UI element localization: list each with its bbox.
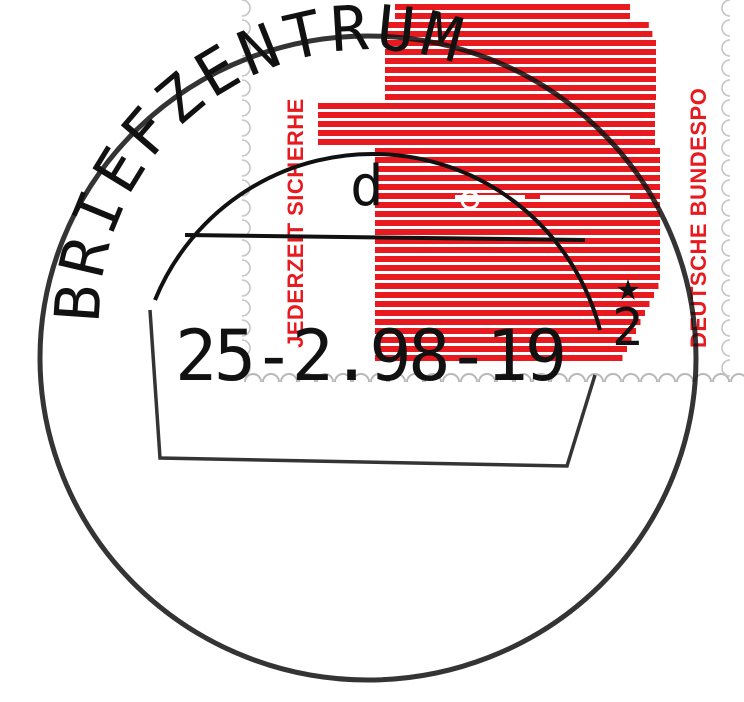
postmark-date-time: 25-2.98-19 xyxy=(175,315,565,397)
postmark-scene: JEDERZEIT SICHERHE DEUTSCHE BUNDESPO BRI… xyxy=(0,0,744,702)
postmark-office-number: 2 xyxy=(612,298,643,358)
postmark-letter-code: d xyxy=(350,154,384,219)
stamp-slogan-text: JEDERZEIT SICHERHE xyxy=(283,98,308,348)
